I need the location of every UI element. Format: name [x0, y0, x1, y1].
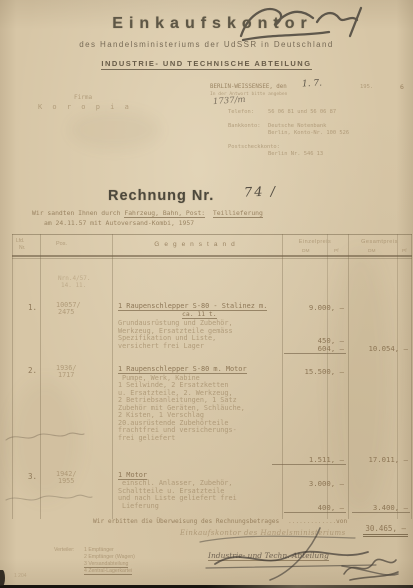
order-number-2: 1955 [58, 477, 74, 485]
table-vline [327, 234, 328, 519]
pencil-note-scribble-icon [2, 428, 86, 446]
org-subtitle: des Handelsministeriums der UdSSR in Deu… [0, 40, 413, 49]
dispatch-prefix: Wir sandten Ihnen durch [32, 209, 124, 217]
line-total: 10.054, — [348, 344, 408, 353]
table-vline [411, 234, 412, 519]
col-header-lfd: Lfd. [16, 238, 24, 244]
distribution-item: 1 Empfänger [84, 547, 114, 553]
unit-price: 15.500, — [282, 367, 344, 376]
doc-title: Einkaufskontor [0, 15, 413, 33]
invoice-title: Rechnung Nr. [108, 188, 214, 204]
department-line: INDUSTRIE- UND TECHNISCHE ABTEILUNG [0, 53, 413, 71]
bank-label: Bankkonto: [228, 123, 260, 129]
col-header-gesamtpreis: Gesamtpreis [348, 239, 411, 245]
col-subheader-pf-2: Pf [402, 249, 407, 254]
item-description-line: versichert frei Lager [118, 342, 204, 350]
col-header-pos: Pos. [56, 241, 67, 247]
col-subheader-pf: Pf [334, 249, 339, 254]
postal-label: Postscheckkonto: [228, 144, 280, 150]
city-date-line: BERLIN-WEISSENSEE, den [210, 84, 287, 90]
item-description-line: Lieferung [122, 502, 159, 510]
sum-rule [272, 464, 346, 465]
phone-value: 56 06 81 und 56 06 87 [268, 109, 336, 115]
sum-rule [284, 512, 346, 513]
table-header-rule [12, 255, 412, 257]
pencil-note-scribble-icon [2, 490, 94, 508]
col-header-gegenstand: Gegenstand [112, 241, 282, 248]
price-extra: 400, — [282, 503, 344, 512]
order-number-2: 1717 [58, 371, 74, 379]
sum-rule [352, 512, 410, 513]
line-total: 17.011, — [348, 455, 408, 464]
table-vline [397, 234, 398, 519]
distribution-item: 3 Versandabteilung [84, 561, 128, 568]
col-header-lfd-2: Nr. [19, 245, 25, 251]
handwritten-date: 1. 7. [302, 78, 323, 89]
unit-price: 3.000, — [282, 479, 344, 488]
row-number: 1. [28, 303, 37, 312]
sum-rule [284, 353, 346, 354]
order-number-2: 2475 [58, 308, 74, 316]
signature-flourish-icon [340, 552, 402, 584]
postal-value: Berlin Nr. 546 13 [268, 151, 323, 157]
col-subheader-dm-2: DM [368, 249, 375, 254]
phone-label: Telefon: [228, 109, 254, 115]
col-subheader-dm: DM [302, 249, 309, 254]
paper-stain [330, 250, 390, 510]
dispatch-mode: Fahrzeug, Bahn, Post: [124, 209, 205, 218]
bank-value-2: Berlin, Konto-Nr. 100 526 [268, 130, 349, 136]
pre-note-2: 14. 11. [61, 282, 86, 289]
corner-year: 195. [360, 84, 373, 90]
distribution-item: 2 Empfänger (Wagen) [84, 554, 135, 560]
item-description-sub: ca. 11 t. [182, 310, 217, 319]
paper-stain [70, 110, 160, 150]
table-vline [348, 234, 349, 519]
dispatch-date-line: am 24.11.57 mit Autoversand-Kombi, 1957 [44, 219, 194, 227]
ref-number-handwritten: 1737/m [213, 95, 246, 107]
table-vline [40, 234, 41, 519]
distribution-label: Verteiler: [54, 547, 74, 553]
dispatch-kind: Teillieferung [213, 209, 263, 218]
invoice-number-handwritten: 74 / [244, 184, 278, 200]
table-vline [282, 234, 283, 519]
table-top-rule [12, 234, 412, 235]
table-header-rule-2 [12, 258, 412, 259]
line-total: 3.400, — [348, 503, 408, 512]
row-number: 2. [28, 366, 37, 375]
unit-price: 9.000, — [282, 303, 344, 312]
department-text: INDUSTRIE- UND TECHNISCHE ABTEILUNG [101, 59, 311, 70]
invoice-document: Einkaufskontor des Handelsministeriums d… [0, 0, 413, 588]
table-vline [112, 234, 113, 519]
bank-value: Deutsche Notenbank [268, 123, 326, 129]
corner-number: 6 [400, 83, 404, 91]
print-mark: 1 204 [14, 573, 27, 579]
row-number: 3. [28, 472, 37, 481]
pre-note: Nrn.4/57. [58, 275, 91, 282]
item-description-line: frei geliefert [118, 434, 175, 442]
addressee-line: Firma [74, 94, 92, 101]
col-header-einzelpreis: Einzelpreis [282, 239, 348, 245]
distribution-item: 4 Zentral-Lagerkartei [84, 568, 132, 575]
table-vline [12, 234, 13, 519]
price-extra: 1.511, — [282, 455, 344, 464]
addressee-name: K o r o p i a [38, 103, 132, 111]
scan-edge-corner [0, 570, 5, 586]
price-extra-2: 604, — [282, 344, 344, 353]
